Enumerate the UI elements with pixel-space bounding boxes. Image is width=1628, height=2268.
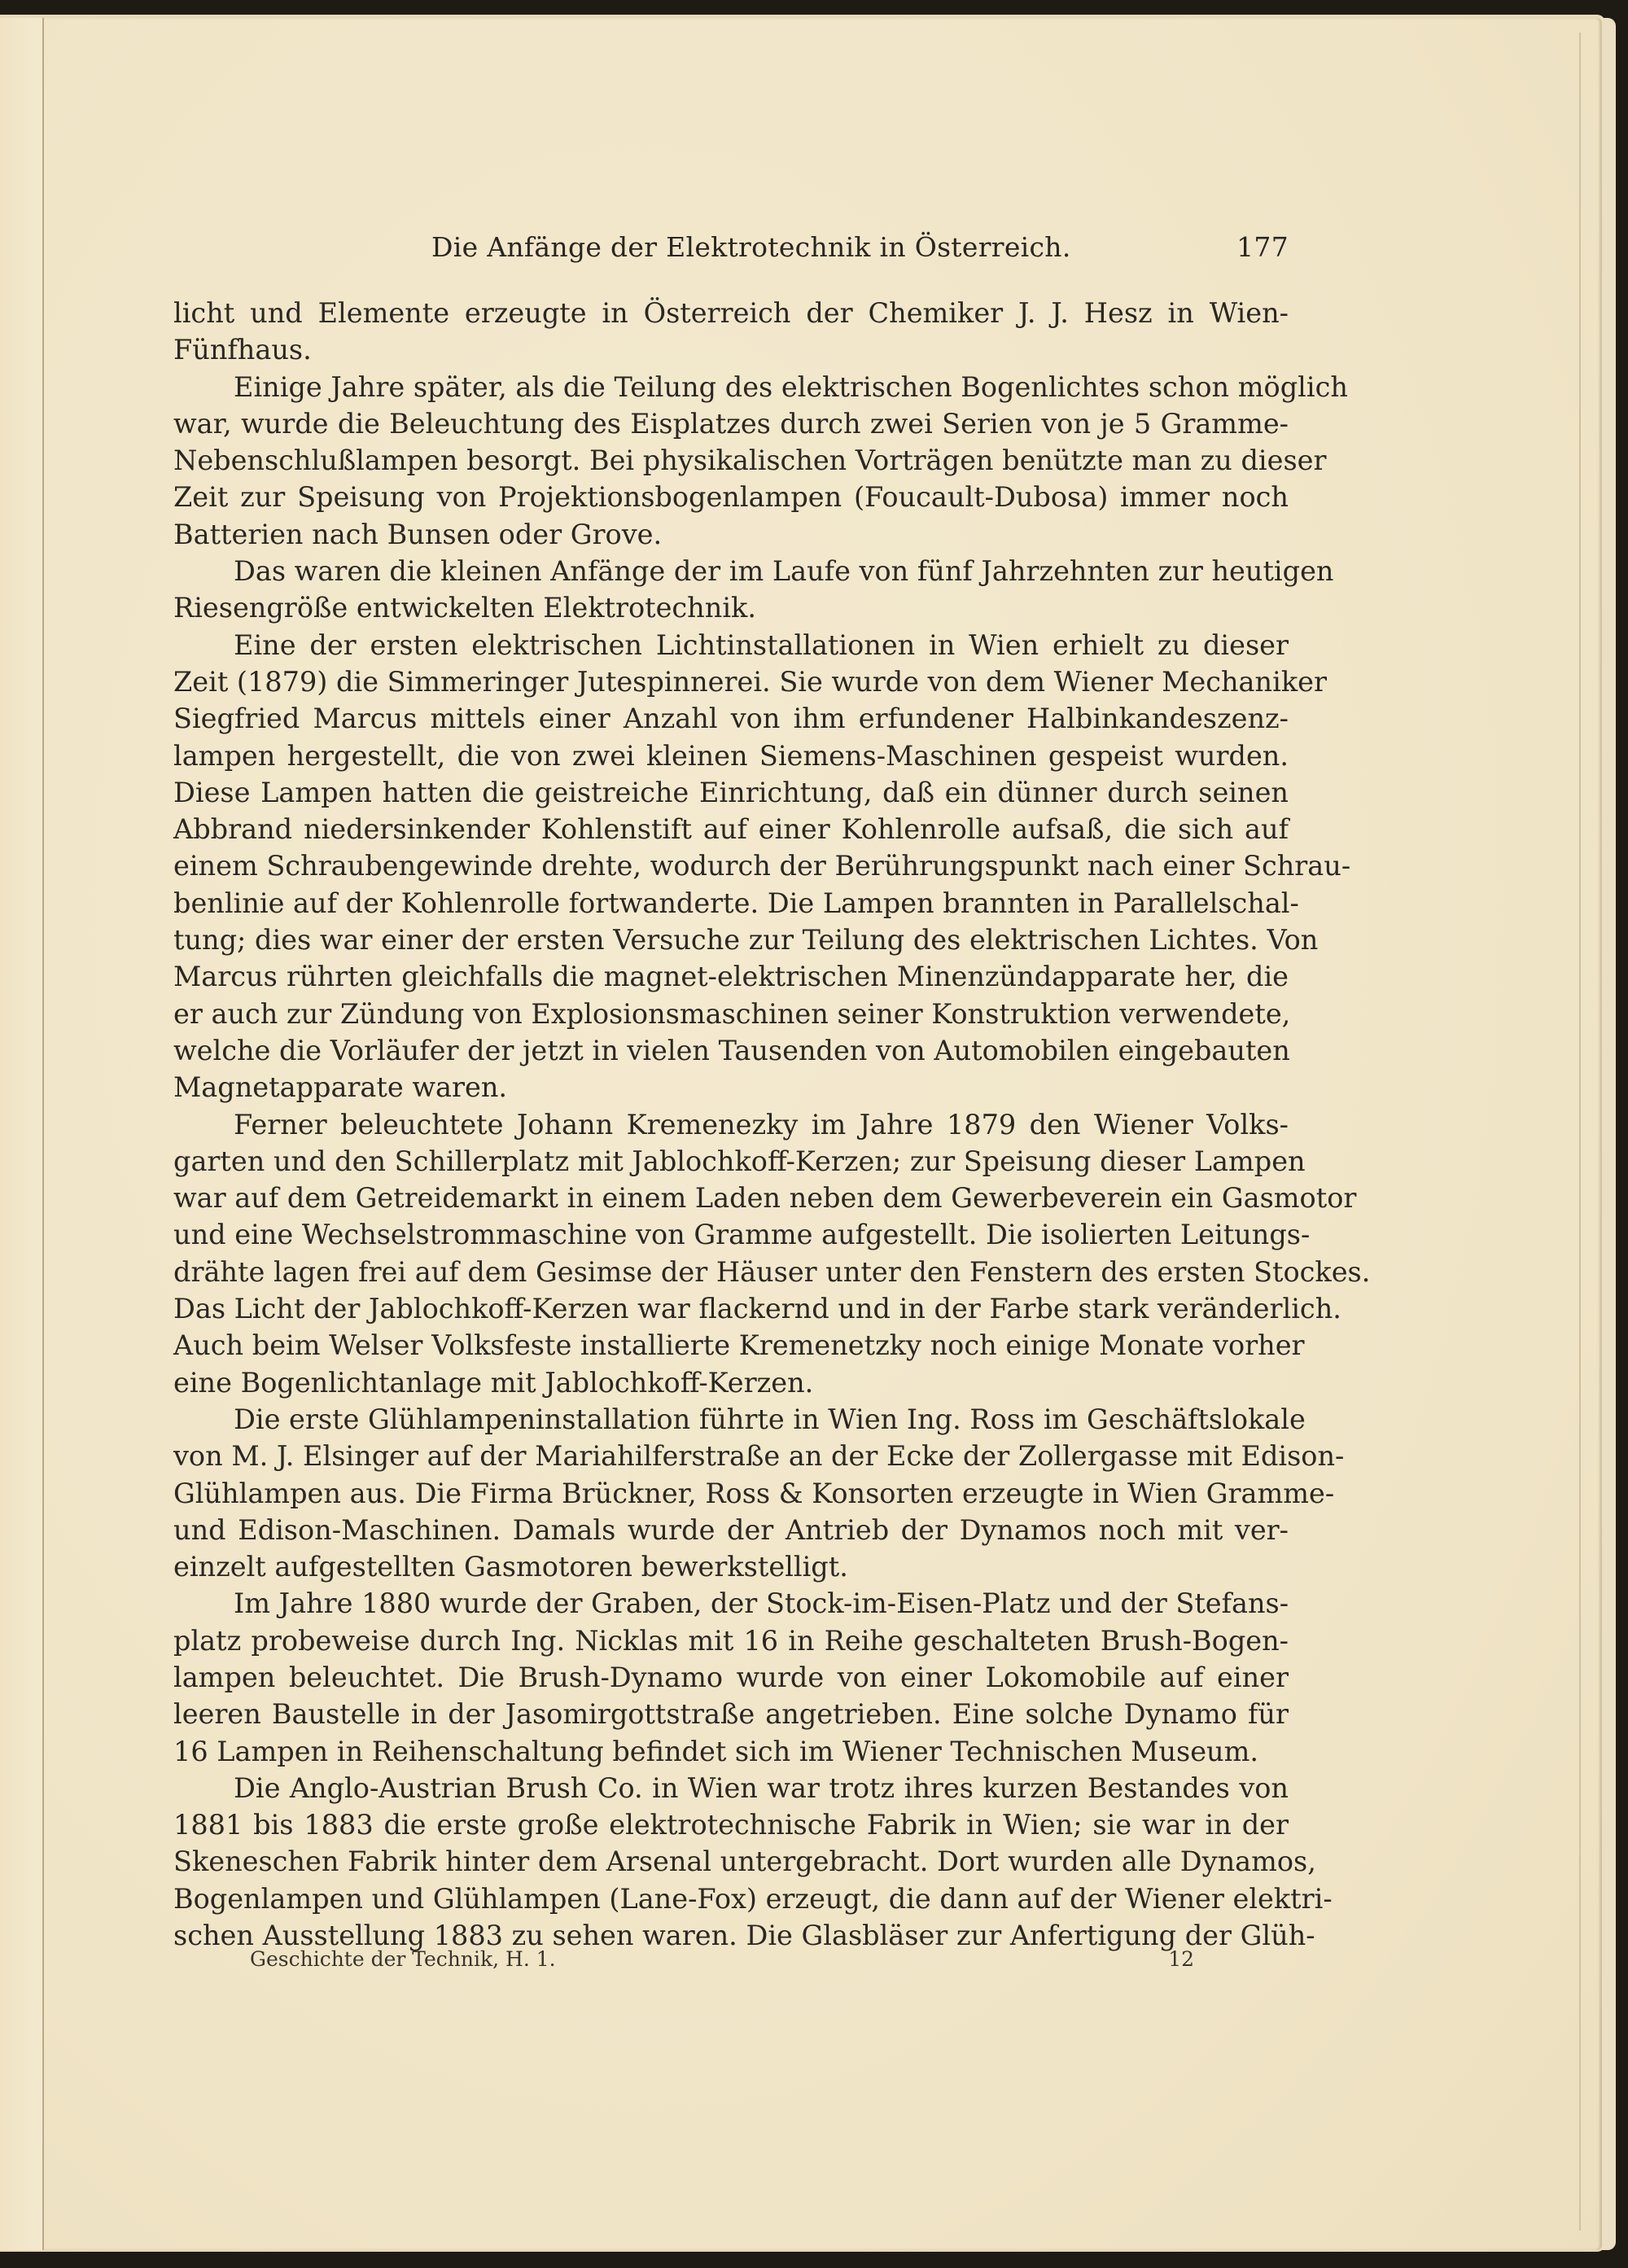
text-line: Zeit zur Speisung von Projektionsbogenla… [173, 479, 1289, 515]
text-line: Bogenlampen und Glühlampen (Lane-Fox) er… [173, 1881, 1289, 1917]
text-line: Das Licht der Jablochkoff-Kerzen war fla… [173, 1290, 1289, 1327]
text-line: tung; dies war einer der ersten Versuche… [173, 922, 1289, 958]
text-line: Diese Lampen hatten die geistreiche Einr… [173, 774, 1289, 811]
text-line: Abbrand niedersinkender Kohlenstift auf … [173, 811, 1289, 847]
text-line: Eine der ersten elektrischen Lichtinstal… [173, 627, 1289, 663]
sheet-number: 12 [1168, 1947, 1194, 1971]
page-number: 177 [1236, 231, 1289, 263]
text-line: und Edison-Maschinen. Damals wurde der A… [173, 1512, 1289, 1548]
text-line: Auch beim Welser Volksfeste installierte… [173, 1327, 1289, 1364]
text-line: Zeit (1879) die Simmeringer Jutespinnere… [173, 663, 1289, 700]
text-line: Das waren die kleinen Anfänge der im Lau… [173, 553, 1289, 589]
text-line: Riesengröße entwickelten Elektrotechnik. [173, 589, 1289, 626]
page-edge-line [1579, 33, 1581, 2231]
page-footer: Geschichte der Technik, H. 1. 12 [250, 1947, 1194, 1975]
text-line: Im Jahre 1880 wurde der Graben, der Stoc… [173, 1585, 1289, 1622]
text-line: Einige Jahre später, als die Teilung des… [173, 369, 1289, 405]
text-line: war auf dem Getreidemarkt in einem Laden… [173, 1180, 1289, 1216]
text-line: Nebenschlußlampen besorgt. Bei physikali… [173, 442, 1289, 479]
text-line: 1881 bis 1883 die erste große elektrotec… [173, 1806, 1289, 1843]
text-line: licht und Elemente erzeugte in Österreic… [173, 295, 1289, 331]
text-line: Fünfhaus. [173, 331, 1289, 368]
text-line: Die erste Glühlampeninstallation führte … [173, 1401, 1289, 1438]
text-line: Skeneschen Fabrik hinter dem Arsenal unt… [173, 1843, 1289, 1880]
text-line: garten und den Schillerplatz mit Jabloch… [173, 1143, 1289, 1180]
text-line: Magnetapparate waren. [173, 1069, 1289, 1106]
text-line: und eine Wechselstrommaschine von Gramme… [173, 1216, 1289, 1253]
text-line: Ferner beleuchtete Johann Kremenezky im … [173, 1106, 1289, 1143]
text-line: Glühlampen aus. Die Firma Brückner, Ross… [173, 1475, 1289, 1512]
running-head-title: Die Anfänge der Elektrotechnik in Österr… [431, 231, 1071, 263]
text-line: benlinie auf der Kohlenrolle fortwandert… [173, 885, 1289, 922]
text-line: von M. J. Elsinger auf der Mariahilferst… [173, 1438, 1289, 1474]
text-line: drähte lagen frei auf dem Gesimse der Hä… [173, 1254, 1289, 1290]
text-line: Marcus rührten gleichfalls die magnet-el… [173, 958, 1289, 995]
text-line: war, wurde die Beleuchtung des Eisplatze… [173, 405, 1289, 442]
text-line: leeren Baustelle in der Jasomirgottstraß… [173, 1696, 1289, 1732]
text-line: lampen beleuchtet. Die Brush-Dynamo wurd… [173, 1659, 1289, 1696]
text-line: einzelt aufgestellten Gasmotoren bewerks… [173, 1548, 1289, 1585]
text-line: Batterien nach Bunsen oder Grove. [173, 516, 1289, 553]
text-line: lampen hergestellt, die von zwei kleinen… [173, 738, 1289, 774]
gutter-line [42, 18, 44, 2250]
body-text: licht und Elemente erzeugte in Österreic… [173, 295, 1289, 1954]
running-head: Die Anfänge der Elektrotechnik in Österr… [173, 231, 1289, 264]
text-line: Die Anglo-Austrian Brush Co. in Wien war… [173, 1770, 1289, 1806]
text-line: Siegfried Marcus mittels einer Anzahl vo… [173, 700, 1289, 737]
text-line: einem Schraubengewinde drehte, wodurch d… [173, 847, 1289, 884]
text-line: er auch zur Zündung von Explosionsmaschi… [173, 996, 1289, 1032]
text-line: 16 Lampen in Reihenschaltung befindet si… [173, 1733, 1289, 1770]
signature-line: Geschichte der Technik, H. 1. [250, 1947, 556, 1971]
text-line: welche die Vorläufer der jetzt in vielen… [173, 1032, 1289, 1069]
facing-page-edge [0, 18, 42, 2250]
text-line: eine Bogenlichtanlage mit Jablochkoff-Ke… [173, 1364, 1289, 1401]
text-line: platz probeweise durch Ing. Nicklas mit … [173, 1622, 1289, 1659]
